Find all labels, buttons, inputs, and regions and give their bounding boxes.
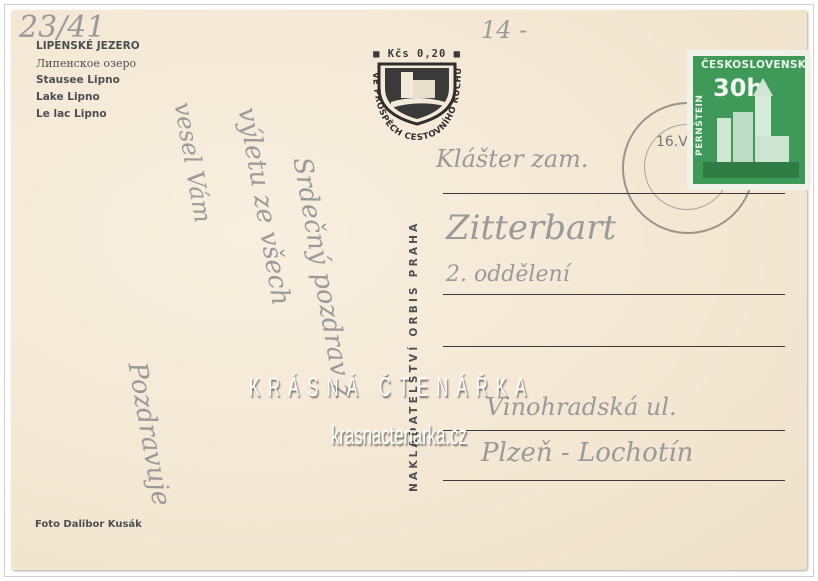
address-line [443, 480, 785, 481]
address-line [443, 294, 785, 295]
handwritten-message-line: Srdečný pozdrav z [286, 155, 358, 400]
postcard-back: LIPENSKÉ JEZERO Липенское озеро Stausee … [11, 10, 807, 570]
postage-stamp: ČESKOSLOVENSKO 30h PERNŠTEIN [687, 50, 811, 190]
watermark-title: KRÁSNÁ ČTENÁŘKA [249, 372, 534, 403]
handwritten-message-line: výletu ze všech [231, 105, 295, 308]
caption-russian: Липенское озеро [36, 55, 140, 72]
handwritten-address-line: Plzeň - Lochotín [481, 438, 693, 468]
handwritten-signature: Pozdravuje [121, 360, 176, 508]
handwritten-corner-note: 23/41 [19, 10, 105, 45]
caption-french: Le lac Lipno [36, 106, 140, 123]
handwritten-price-note: 14 - [481, 16, 527, 44]
caption-english: Lake Lipno [36, 89, 140, 106]
castle-icon [693, 56, 805, 184]
handwritten-message-line: vesel Vám [168, 100, 217, 225]
address-line [443, 430, 785, 431]
watermark-url: krasnactenarka.cz [331, 420, 467, 451]
handwritten-address-line: Zitterbart [446, 208, 616, 248]
stamp-artwork: ČESKOSLOVENSKO 30h PERNŠTEIN [693, 56, 805, 184]
caption-german: Stausee Lipno [36, 72, 140, 89]
tourism-emblem: ■ Kčs 0,20 ■ VE PROSPĚCH CESTOVNÍHO RUCH… [367, 48, 467, 144]
caption-block: LIPENSKÉ JEZERO Липенское озеро Stausee … [36, 38, 140, 123]
address-line [443, 346, 785, 347]
publisher-imprint: NAKLADATELSTVÍ ORBIS PRAHA [408, 221, 420, 493]
handwritten-address-line: Klášter zam. [436, 145, 589, 173]
photo-credit: Foto Dalibor Kusák [35, 519, 142, 530]
handwritten-address-line: 2. oddělení [446, 262, 570, 287]
castle-shield-icon: VE PROSPĚCH CESTOVNÍHO RUCHU [367, 48, 467, 144]
